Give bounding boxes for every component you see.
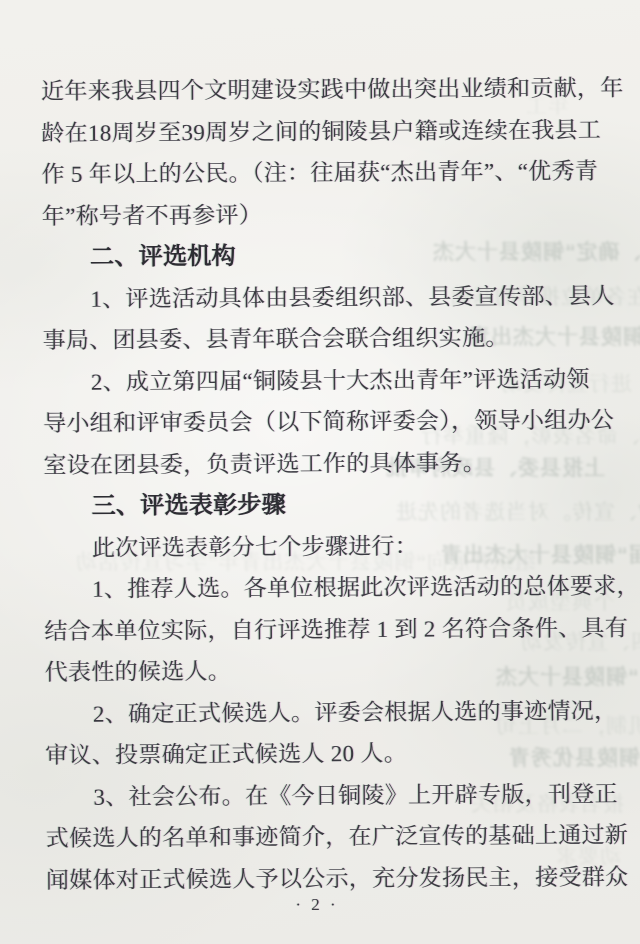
text-line: 代表性的候选人。 [45, 649, 607, 694]
text-line: 年”称号者不再参评） [42, 192, 604, 237]
text-line: 2、确定正式候选人。评委会根据人选的事迹情况， [45, 690, 607, 735]
document-text: 近年来我县四个文明建设实践中做出突出业绩和贡献，年龄在18周岁至39周岁之间的铜… [41, 68, 608, 901]
page-number: · 2 · [0, 895, 634, 915]
text-line: 此次评选表彰分七个步骤进行： [44, 524, 606, 569]
scanned-document-page: 年工5、确定“铜陵县十大杰况，在各单位推荐的基础在“铜陵县十大杰出青动仪式，进行… [0, 0, 640, 944]
text-line: 结合本单位实际，自行评选推荐 1 到 2 名符合条件、具有 [44, 607, 606, 652]
section-heading: 二、评选机构 [42, 234, 604, 279]
text-line: 龄在18周岁至39周岁之间的铜陵县户籍或连续在我县工 [41, 109, 603, 154]
section-heading: 三、评选表彰步骤 [44, 483, 606, 528]
text-line: 3、社会公布。在《今日铜陵》上开辟专版，刊登正 [45, 773, 607, 818]
text-line: 式候选人的名单和事迹简介，在广泛宣传的基础上通过新 [46, 815, 608, 860]
text-line: 1、推荐人选。各单位根据此次评选活动的总体要求， [44, 566, 606, 611]
text-line: 近年来我县四个文明建设实践中做出突出业绩和贡献，年 [41, 68, 603, 113]
text-line: 作 5 年以上的公民。（注：往届获“杰出青年”、“优秀青 [42, 151, 604, 196]
text-line: 1、评选活动具体由县委组织部、县委宣传部、县人 [42, 275, 604, 320]
text-line: 2、成立第四届“铜陵县十大杰出青年”评选活动领 [43, 358, 605, 403]
text-line: 审议、投票确定正式候选人 20 人。 [45, 732, 607, 777]
text-line: 事局、团县委、县青年联合会联合组织实施。 [43, 317, 605, 362]
text-line: 导小组和评审委员会（以下简称评委会），领导小组办公 [43, 400, 605, 445]
text-line: 室设在团县委，负责评选工作的具体事务。 [43, 441, 605, 486]
